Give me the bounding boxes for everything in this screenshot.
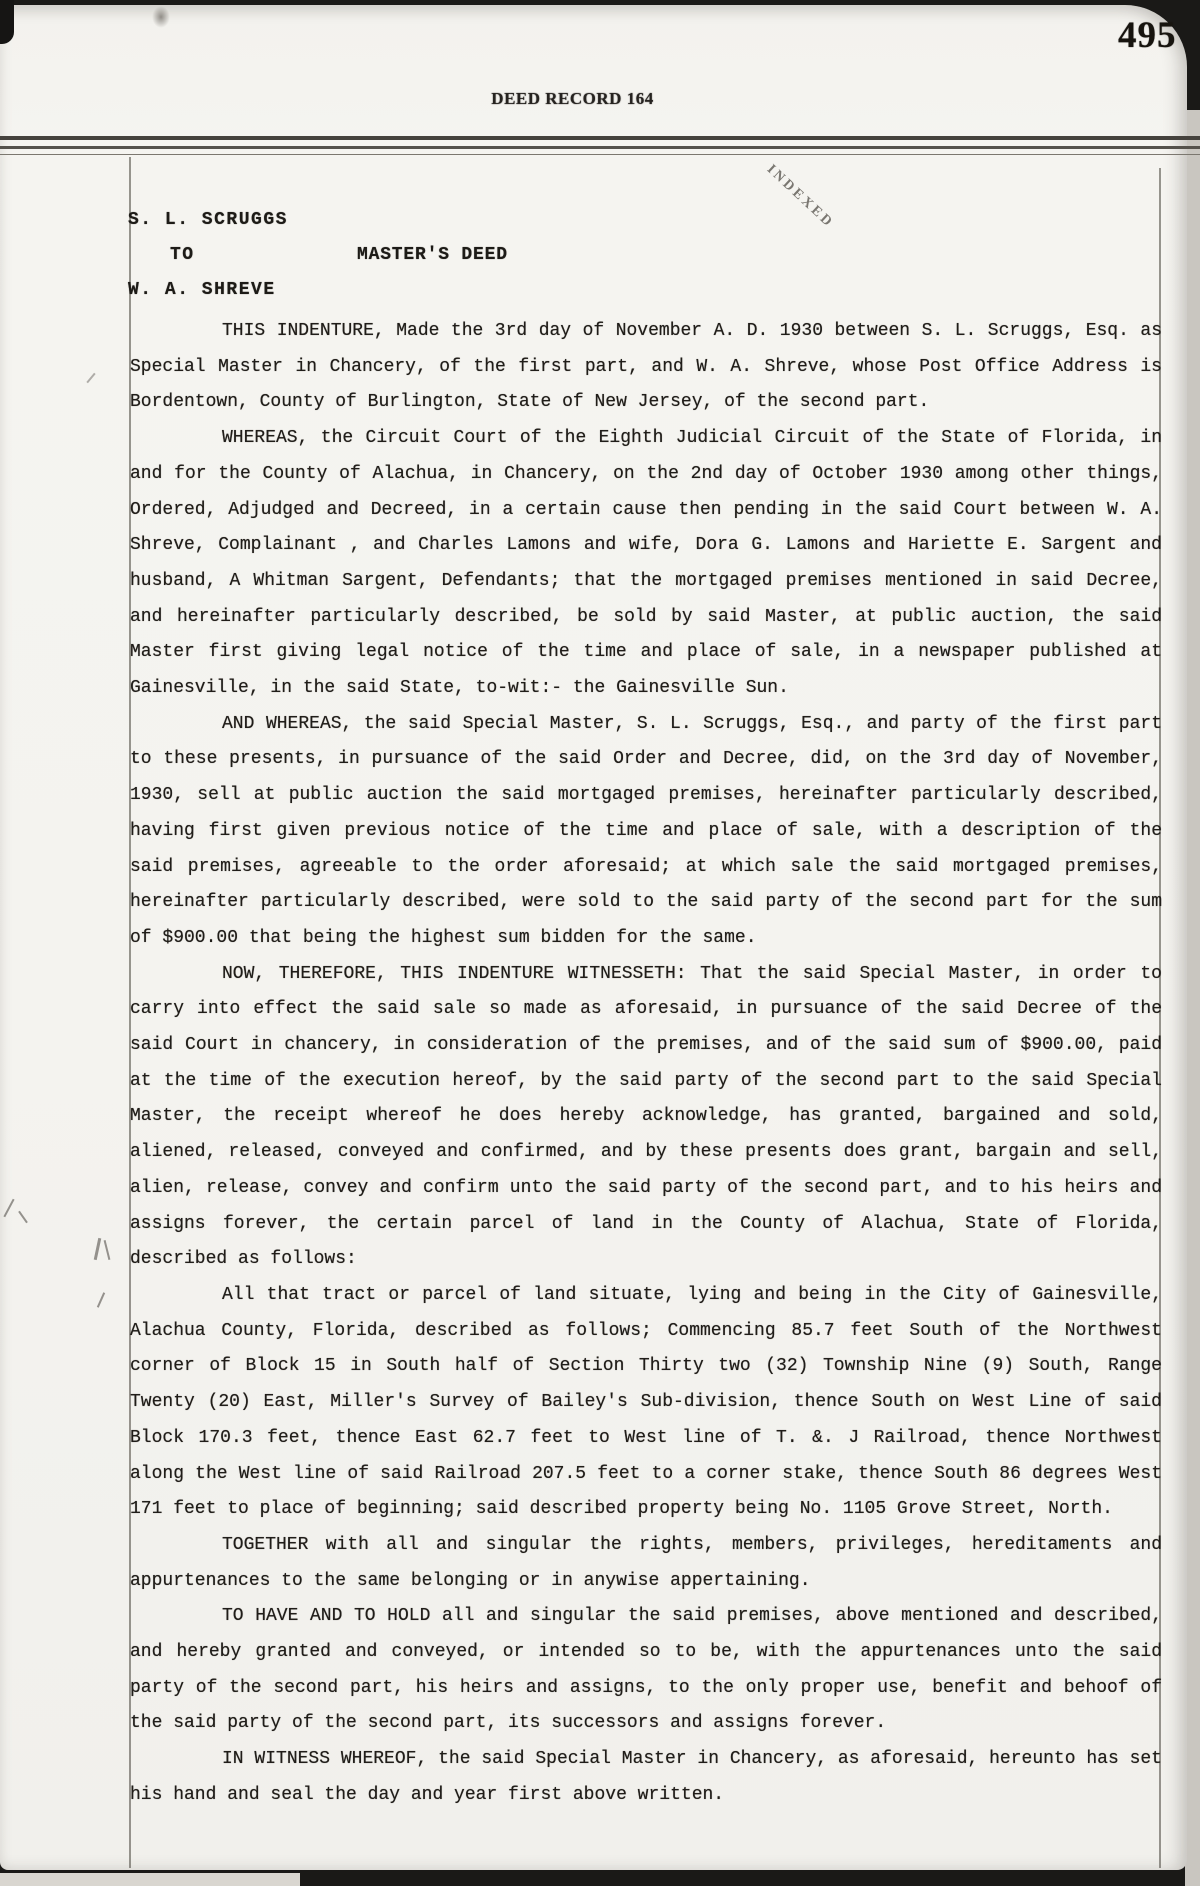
scanned-deed-page: 495 DEED RECORD 164 INDEXED S. L. SCRUGG… xyxy=(0,0,1200,1886)
page-number: 495 xyxy=(1118,14,1177,57)
deed-paragraph: TO HAVE AND TO HOLD all and singular the… xyxy=(130,1599,1162,1742)
caption-grantor: S. L. SCRUGGS xyxy=(128,210,288,230)
deed-paragraph: WHEREAS, the Circuit Court of the Eighth… xyxy=(130,421,1162,707)
deed-paragraph: NOW, THEREFORE, THIS INDENTURE WITNESSET… xyxy=(130,957,1162,1278)
deed-paragraph: TOGETHER with all and singular the right… xyxy=(130,1528,1162,1599)
deed-paragraph: AND WHEREAS, the said Special Master, S.… xyxy=(130,707,1162,957)
caption-grantee: W. A. SHREVE xyxy=(128,280,276,300)
header-rule-thick xyxy=(0,136,1200,140)
underlying-page-edge-right xyxy=(1185,110,1200,1886)
caption-connector: TO xyxy=(170,245,195,265)
deed-paragraph: All that tract or parcel of land situate… xyxy=(130,1278,1162,1528)
ink-smudge xyxy=(152,6,170,28)
book-header: DEED RECORD 164 xyxy=(0,89,1145,109)
header-rule-medium xyxy=(0,146,1200,149)
deed-paragraph: IN WITNESS WHEREOF, the said Special Mas… xyxy=(130,1742,1162,1813)
deed-paragraph: THIS INDENTURE, Made the 3rd day of Nove… xyxy=(130,314,1162,421)
caption-instrument-title: MASTER'S DEED xyxy=(357,245,508,265)
deed-body-text: THIS INDENTURE, Made the 3rd day of Nove… xyxy=(130,314,1162,1814)
scan-corner-shadow xyxy=(0,0,14,44)
header-rule-thin xyxy=(0,154,1200,155)
underlying-page-edge-bottom xyxy=(0,1873,300,1886)
